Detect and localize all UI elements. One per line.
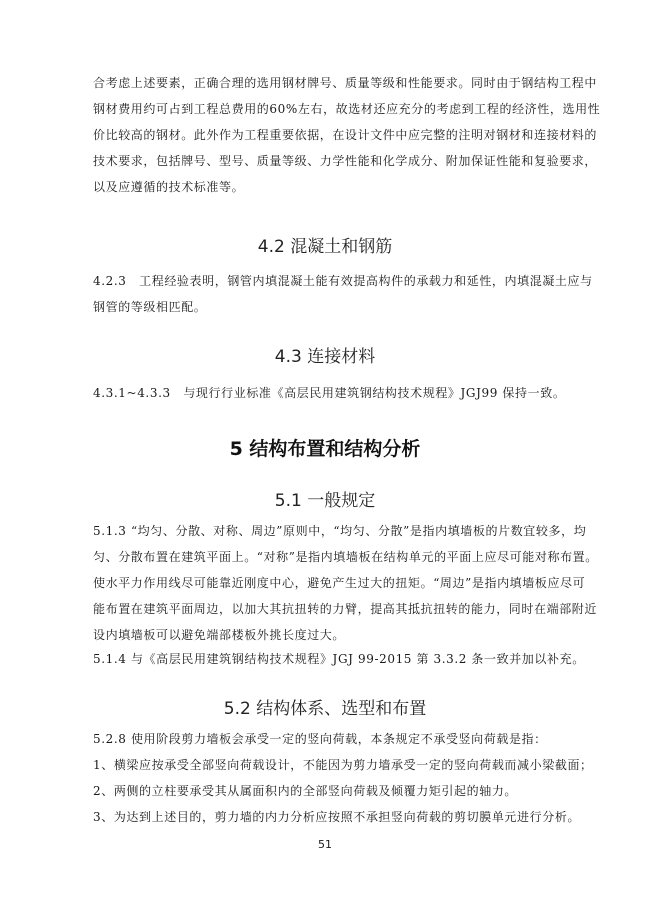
text-line: 能布置在建筑平面周边，以加大其抗扭转的力臂，提高其抵抗扭转的能力，同时在端部附近 bbox=[93, 596, 565, 622]
text-line: 4.2.3 工程经验表明，钢管内填混凝土能有效提高构件的承载力和延性，内填混凝土… bbox=[93, 268, 565, 294]
text-line: 以及应遵循的技术标准等。 bbox=[93, 174, 565, 200]
paragraph-5-2-8: 5.2.8 使用阶段剪力墙板会承受一定的竖向荷载，本条规定不承受竖向荷载是指： … bbox=[93, 726, 565, 830]
text-line: 价比较高的钢材。此外作为工程重要依据，在设计文件中应完整的注明对钢材和连接材料的 bbox=[93, 122, 565, 148]
paragraph-5-1-4: 5.1.4 与《高层民用建筑钢结构技术规程》JGJ 99-2015 第 3.3.… bbox=[93, 646, 565, 672]
text-line: 5.2.8 使用阶段剪力墙板会承受一定的竖向荷载，本条规定不承受竖向荷载是指： bbox=[93, 726, 565, 752]
text-line: 4.3.1~4.3.3 与现行行业标准《高层民用建筑钢结构技术规程》JGJ99 … bbox=[93, 380, 565, 406]
text-line: 1、横梁应按承受全部竖向荷载设计，不能因为剪力墙承受一定的竖向荷载而减小梁截面； bbox=[93, 752, 565, 778]
section-heading-5-1: 5.1 一般规定 bbox=[0, 486, 650, 511]
text-line: 使水平力作用线尽可能靠近刚度中心，避免产生过大的扭矩。“周边”是指内填墙板应尽可 bbox=[93, 570, 565, 596]
text-line: 合考虑上述要素，正确合理的选用钢材牌号、质量等级和性能要求。同时由于钢结构工程中 bbox=[93, 70, 565, 96]
text-line: 设内填墙板可以避免端部楼板外挑长度过大。 bbox=[93, 622, 565, 648]
text-line: 匀、分散布置在建筑平面上。“对称”是指内填墙板在结构单元的平面上应尽可能对称布置… bbox=[93, 544, 565, 570]
paragraph-4-3: 4.3.1~4.3.3 与现行行业标准《高层民用建筑钢结构技术规程》JGJ99 … bbox=[93, 380, 565, 406]
page-number: 51 bbox=[0, 838, 650, 851]
paragraph-4-2-3: 4.2.3 工程经验表明，钢管内填混凝土能有效提高构件的承载力和延性，内填混凝土… bbox=[93, 268, 565, 320]
paragraph-intro: 合考虑上述要素，正确合理的选用钢材牌号、质量等级和性能要求。同时由于钢结构工程中… bbox=[93, 70, 565, 200]
section-heading-5-2: 5.2 结构体系、选型和布置 bbox=[0, 694, 650, 719]
section-heading-4-3: 4.3 连接材料 bbox=[0, 342, 650, 367]
text-line: 5.1.4 与《高层民用建筑钢结构技术规程》JGJ 99-2015 第 3.3.… bbox=[93, 646, 565, 672]
text-line: 技术要求，包括牌号、型号、质量等级、力学性能和化学成分、附加保证性能和复验要求， bbox=[93, 148, 565, 174]
text-line: 钢材费用约可占到工程总费用的60%左右，故选材还应充分的考虑到工程的经济性，选用… bbox=[93, 96, 565, 122]
text-line: 钢管的等级相匹配。 bbox=[93, 294, 565, 320]
paragraph-5-1-3: 5.1.3 “均匀、分散、对称、周边”原则中，“均匀、分散”是指内填墙板的片数宜… bbox=[93, 518, 565, 648]
text-line: 3、为达到上述目的，剪力墙的内力分析应按照不承担竖向荷载的剪切膜单元进行分析。 bbox=[93, 804, 565, 830]
section-heading-4-2: 4.2 混凝土和钢筋 bbox=[0, 232, 650, 257]
chapter-heading-5: 5 结构布置和结构分析 bbox=[0, 434, 650, 461]
text-line: 2、两侧的立柱要承受其从属面积内的全部竖向荷载及倾覆力矩引起的轴力。 bbox=[93, 778, 565, 804]
text-line: 5.1.3 “均匀、分散、对称、周边”原则中，“均匀、分散”是指内填墙板的片数宜… bbox=[93, 518, 565, 544]
